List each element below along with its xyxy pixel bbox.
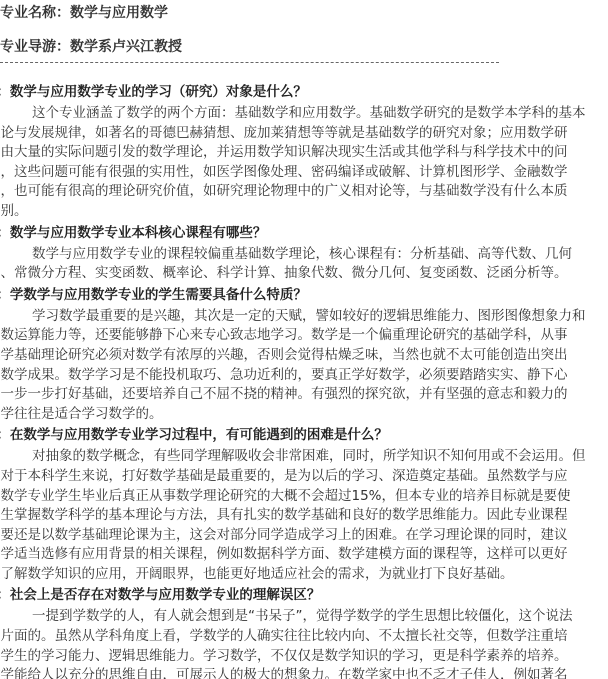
paragraph-line: 数学与应用数学专业的课程较偏重基础数学理论，核心课程有：分析基础、高等代数、几何 <box>0 245 608 265</box>
paragraph-line: 这个专业涵盖了数学的两个方面：基础数学和应用数学。基础数学研究的是数学本学科的基… <box>0 104 608 124</box>
paragraph-line: 理论与发展规律，如著名的哥德巴赫猜想、庞加莱猜想等等就是基础数学的研究对象；应用… <box>0 124 608 144</box>
paragraph-line: 学、常微分方程、实变函数、概率论、科学计算、抽象代数、微分几何、复变函数、泛函分… <box>0 264 608 284</box>
section-5: 5：社会上是否存在对数学与应用数学专业的理解误区？ 一提到学数学的人，有人就会想… <box>0 584 608 679</box>
question-heading: 1：数学与应用数学专业的学习（研究）对象是什么？ <box>0 81 608 104</box>
paragraph-line: 的数学成果。数学学习是不能投机取巧、急功近利的，要真正学好数学，必须要踏踏实实、… <box>0 366 608 386</box>
paragraph-line: 代数运算能力等，还要能够静下心来专心致志地学习。数学是一个偏重理论研究的基础学科… <box>0 326 608 346</box>
paragraph-line: 同学往往是适合学习数学的。 <box>0 405 608 425</box>
major-guide: 专业导游：数学系卢兴江教授 <box>0 36 182 58</box>
paragraph-line: 是对于本科学生来说，打好数学基础是最重要的，是为以后的学习、深造奠定基础。虽然数… <box>0 467 608 487</box>
paragraph-line: 数学基础理论研究必须对数学有浓厚的兴趣，否则会觉得枯燥乏味，当然也就不太可能创造… <box>0 346 608 366</box>
question-heading: 4：在数学与应用数学专业学习过程中，有可能遇到的困难是什么？ <box>0 424 608 447</box>
paragraph-line: 一提到学数学的人，有人就会想到是“书呆子”，觉得学数学的学生思想比较僵化，这个说… <box>0 607 608 627</box>
section-1: 1：数学与应用数学专业的学习（研究）对象是什么？ 这个专业涵盖了数学的两个方面：… <box>0 81 608 222</box>
paragraph-line: 来一步一步打好基础，还要培养自己不屈不挠的精神。有强烈的探究欲，并有坚强的意志和… <box>0 385 608 405</box>
paragraph-line: 数学能给人以充分的思维自由，可展示人的极大的想象力。在数学家中也不乏才子佳人，例… <box>0 666 608 679</box>
paragraph-line: 学生掌握数学科学的基本理论与方法，具有扎实的数学基础和良好的数学思维能力。因此专… <box>0 506 608 526</box>
paragraph-line: 等，也可能有很高的理论研究价值，如研究理论物理中的广义相对论等，与基础数学没有什… <box>0 182 608 202</box>
paragraph-line: 学习数学最重要的是兴趣，其次是一定的天赋，譬如较好的逻辑思维能力、图形图像想象力… <box>0 307 608 327</box>
section-3: 3：学数学与应用数学专业的学生需要具备什么特质？ 学习数学最重要的是兴趣，其次是… <box>0 284 608 425</box>
question-heading: 3：学数学与应用数学专业的学生需要具备什么特质？ <box>0 284 608 307</box>
question-heading: 5：社会上是否存在对数学与应用数学专业的理解误区？ <box>0 584 608 607</box>
section-4: 4：在数学与应用数学专业学习过程中，有可能遇到的困难是什么？ 对抽象的数学概念，… <box>0 424 608 584</box>
paragraph-line: 地了解数学知识的应用，开阔眼界，也能更好地适应社会的需求，为就业打下良好基础。 <box>0 565 608 585</box>
question-heading: 2：数学与应用数学专业本科核心课程有哪些？ <box>0 222 608 245</box>
paragraph-line: 养学生的学习能力、逻辑思维能力。学习数学，不仅仅是数学知识的学习，更是科学素养的… <box>0 647 608 667</box>
major-name: 专业名称：数学与应用数学 <box>0 2 168 24</box>
section-2: 2：数学与应用数学专业本科核心课程有哪些？ 数学与应用数学专业的课程较偏重基础数… <box>0 222 608 284</box>
paragraph-line: 区别。 <box>0 202 608 222</box>
dashed-divider <box>0 62 499 63</box>
paragraph-line: 用数学专业学生毕业后真正从事数学理论研究的大概不会超过15%，但本专业的培养目标… <box>0 487 608 507</box>
paragraph-line: 主要还是以数学基础理论课为主，这会对部分同学造成学习上的困难。在学习理论课的同时… <box>0 526 608 546</box>
paragraph-line: 究由大量的实际问题引发的数学理论，并运用数学知识解决现实生活或其他学科与科学技术… <box>0 143 608 163</box>
paragraph-line: 是片面的。虽然从学科角度上看，学数学的人确实往往比较内向、不太擅长社交等，但数学… <box>0 627 608 647</box>
paragraph-line: 对抽象的数学概念，有些同学理解吸收会非常困难，同时，所学知识不知何用或不会运用。… <box>0 447 608 467</box>
paragraph-line: 题，这些问题可能有很强的实用性，如医学图像处理、密码编译或破解、计算机图形学、金… <box>0 163 608 183</box>
article-content: 1：数学与应用数学专业的学习（研究）对象是什么？ 这个专业涵盖了数学的两个方面：… <box>0 81 608 679</box>
paragraph-line: 同学适当选修有应用背景的相关课程，例如数据科学方面、数学建模方面的课程等，这样可… <box>0 545 608 565</box>
